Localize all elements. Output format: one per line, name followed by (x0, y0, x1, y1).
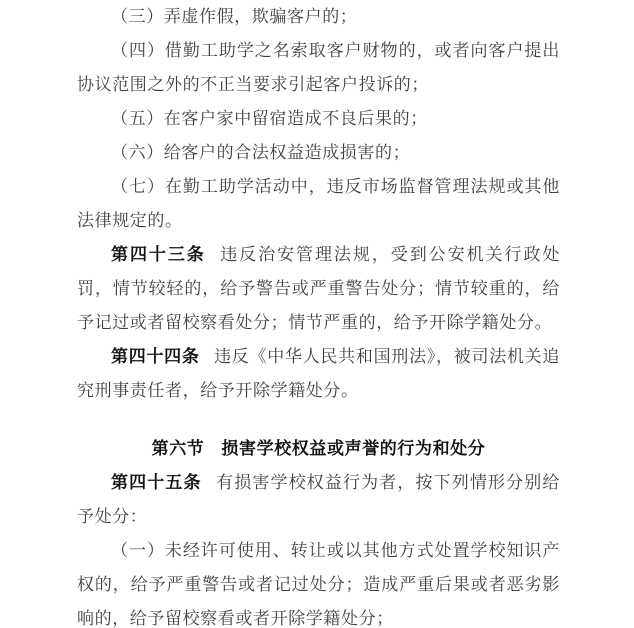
paragraph-text: 损害学校权益或声誉的行为和处分 (221, 439, 485, 458)
paragraph-text: （四）借勤工助学之名索取客户财物的，或者向客户提出协议范围之外的不正当要求引起客… (77, 41, 560, 94)
article-number: 第四十三条 (111, 245, 206, 264)
article-paragraph: 第四十三条违反治安管理法规，受到公安机关行政处罚，情节较轻的，给予警告或严重警告… (77, 238, 560, 340)
paragraph-text: （一）未经许可使用、转让或以其他方式处置学校知识产权的，给予严重警告或者记过处分… (77, 541, 560, 628)
clause-paragraph: （三）弄虚作假，欺骗客户的； (77, 0, 560, 34)
document-body: （三）弄虚作假，欺骗客户的；（四）借勤工助学之名索取客户财物的，或者向客户提出协… (77, 0, 560, 628)
document-page: { "page": { "background_color": "#ffffff… (0, 0, 634, 628)
article-paragraph: 第四十五条有损害学校权益行为者，按下列情形分别给予处分： (77, 466, 560, 534)
clause-paragraph: （五）在客户家中留宿造成不良后果的； (77, 102, 560, 136)
section-number: 第六节 (152, 439, 205, 458)
article-number: 第四十四条 (111, 347, 200, 366)
clause-paragraph: （七）在勤工助学活动中，违反市场监督管理法规或其他法律规定的。 (77, 170, 560, 238)
clause-paragraph: （四）借勤工助学之名索取客户财物的，或者向客户提出协议范围之外的不正当要求引起客… (77, 34, 560, 102)
paragraph-text: （三）弄虚作假，欺骗客户的； (111, 7, 357, 26)
document-page-surface: （三）弄虚作假，欺骗客户的；（四）借勤工助学之名索取客户财物的，或者向客户提出协… (0, 0, 634, 628)
paragraph-text: （六）给客户的合法权益造成损害的； (111, 143, 410, 162)
article-paragraph: 第四十四条违反《中华人民共和国刑法》，被司法机关追究刑事责任者，给予开除学籍处分… (77, 340, 560, 408)
paragraph-text: （五）在客户家中留宿造成不良后果的； (111, 109, 428, 128)
article-number: 第四十五条 (111, 473, 202, 492)
paragraph-text: （七）在勤工助学活动中，违反市场监督管理法规或其他法律规定的。 (77, 177, 560, 230)
clause-paragraph: （六）给客户的合法权益造成损害的； (77, 136, 560, 170)
section-heading: 第六节损害学校权益或声誉的行为和处分 (77, 432, 560, 466)
clause-paragraph: （一）未经许可使用、转让或以其他方式处置学校知识产权的，给予严重警告或者记过处分… (77, 534, 560, 628)
